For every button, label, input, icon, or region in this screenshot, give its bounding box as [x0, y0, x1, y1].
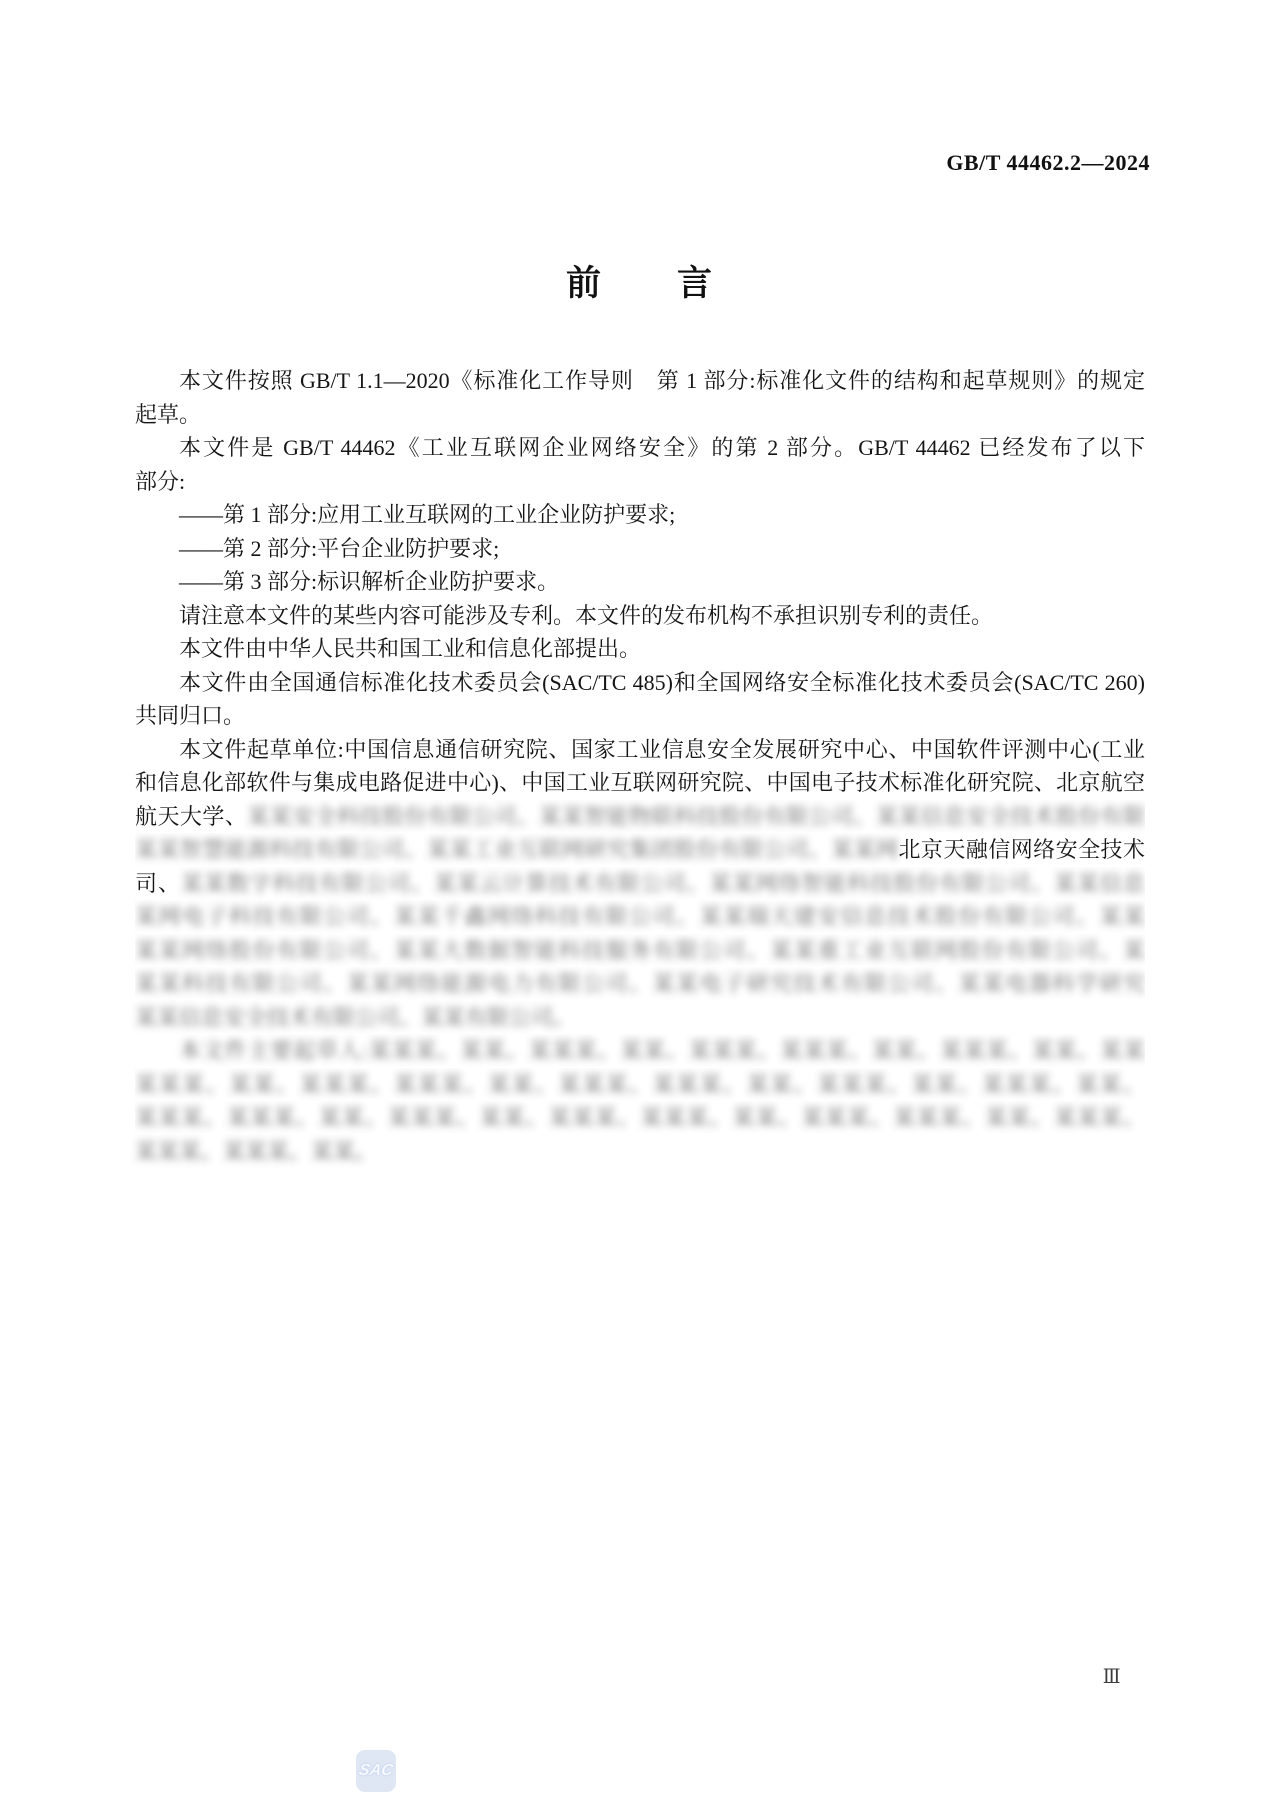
text-line: 某某信息安全技术有限公司、某某有限公司。 — [135, 1001, 1145, 1035]
text-line: 本文件由全国通信标准化技术委员会(SAC/TC 485)和全国网络安全标准化技术… — [135, 666, 1145, 700]
body-text: 本文件起草单位:中国信息通信研究院、国家工业信息安全发展研究中心、中国软件评测中… — [179, 737, 1145, 762]
body-text: 起草。 — [135, 402, 201, 427]
body-text: 部分: — [135, 469, 185, 494]
body-text: 和信息化部软件与集成电路促进中心)、中国工业互联网研究院、中国电子技术标准化研究… — [135, 770, 1145, 795]
redacted-text: 某某某、某某某、某某、某某某、某某、某某某、某某某、某某、某某某、某某某、某某、… — [135, 1105, 1145, 1130]
text-line: 本文件按照 GB/T 1.1—2020《标准化工作导则 第 1 部分:标准化文件… — [135, 364, 1145, 398]
body-text: 司、 — [135, 871, 181, 896]
redacted-text: 某某智慧能源科技有限公司、某某工业互联网研究集团股份有限公司、某某网 — [135, 837, 898, 862]
text-line: ——第 2 部分:平台企业防护要求; — [135, 532, 1145, 566]
body-text: 航天大学、 — [135, 804, 247, 829]
redacted-text: 某某数字科技有限公司、某某云计算技术有限公司、某某网络智能科技股份有限公司、某某… — [181, 871, 1145, 896]
body-text: ——第 2 部分:平台企业防护要求; — [179, 536, 499, 561]
redacted-text: 本文件主要起草人:某某某、某某、某某某、某某、某某某、某某某、某某、某某某、某某… — [179, 1038, 1145, 1063]
text-line: ——第 3 部分:标识解析企业防护要求。 — [135, 565, 1145, 599]
text-line: 部分: — [135, 465, 1145, 499]
body-text: 请注意本文件的某些内容可能涉及专利。本文件的发布机构不承担识别专利的责任。 — [179, 603, 993, 628]
body-text: 本文件由中华人民共和国工业和信息化部提出。 — [179, 636, 641, 661]
text-line: 某某网络股份有限公司、某某大数据智能科技服务有限公司、某某重工业互联网股份有限公… — [135, 934, 1145, 968]
text-line: 某网电子科技有限公司、某某千鑫网络科技有限公司、某某瑞天建安信息技术股份有限公司… — [135, 900, 1145, 934]
page-title: 前 言 — [135, 256, 1145, 306]
text-line: ——第 1 部分:应用工业互联网的工业企业防护要求; — [135, 498, 1145, 532]
document-page: GB/T 44462.2—2024 前 言 本文件按照 GB/T 1.1—202… — [0, 0, 1280, 1814]
redacted-text: 某某安全科技股份有限公司、某某智能物联科技股份有限公司、某某信息安全技术股份有限… — [135, 804, 1145, 834]
text-line: 请注意本文件的某些内容可能涉及专利。本文件的发布机构不承担识别专利的责任。 — [135, 599, 1145, 633]
redacted-text: 某某网络股份有限公司、某某大数据智能科技服务有限公司、某某重工业互联网股份有限公… — [135, 938, 1145, 963]
redacted-text: 某某某、某某、某某某、某某某、某某、某某某、某某某、某某、某某某、某某、某某某、… — [135, 1072, 1145, 1097]
text-line: 本文件是 GB/T 44462《工业互联网企业网络安全》的第 2 部分。GB/T… — [135, 431, 1145, 465]
sac-logo-icon: SAC — [358, 1762, 395, 1780]
text-line: 和信息化部软件与集成电路促进中心)、中国工业互联网研究院、中国电子技术标准化研究… — [135, 766, 1145, 800]
redacted-text: 某某信息安全技术有限公司、某某有限公司。 — [135, 1005, 575, 1030]
text-line: 本文件由中华人民共和国工业和信息化部提出。 — [135, 632, 1145, 666]
body-text: 本文件按照 GB/T 1.1—2020《标准化工作导则 第 1 部分:标准化文件… — [179, 368, 1145, 393]
text-line: 起草。 — [135, 398, 1145, 432]
text-line: 某某某、某某、某某某、某某某、某某、某某某、某某某、某某、某某某、某某、某某某、… — [135, 1068, 1145, 1102]
text-line: 共同归口。 — [135, 699, 1145, 733]
body-text: ——第 1 部分:应用工业互联网的工业企业防护要求; — [179, 502, 675, 527]
sac-watermark: SAC — [356, 1750, 396, 1792]
text-line: 航天大学、某某安全科技股份有限公司、某某智能物联科技股份有限公司、某某信息安全技… — [135, 800, 1145, 834]
page-number: Ⅲ — [1103, 1664, 1120, 1689]
foreword-body: 本文件按照 GB/T 1.1—2020《标准化工作导则 第 1 部分:标准化文件… — [135, 364, 1145, 1168]
redacted-text: 某某科技有限公司、某某网络能源电力有限公司、某某电子研究技术有限公司、某某电器科… — [135, 971, 1145, 996]
body-text: 本文件是 GB/T 44462《工业互联网企业网络安全》的第 2 部分。GB/T… — [179, 435, 1145, 460]
text-line: 某某科技有限公司、某某网络能源电力有限公司、某某电子研究技术有限公司、某某电器科… — [135, 967, 1145, 1001]
redacted-text: 某网电子科技有限公司、某某千鑫网络科技有限公司、某某瑞天建安信息技术股份有限公司… — [135, 904, 1145, 929]
redacted-text: 某某某、某某某、某某。 — [135, 1139, 377, 1164]
body-text: 共同归口。 — [135, 703, 245, 728]
text-line: 某某智慧能源科技有限公司、某某工业互联网研究集团股份有限公司、某某网北京天融信网… — [135, 833, 1145, 867]
text-line: 某某某、某某某、某某、某某某、某某、某某某、某某某、某某、某某某、某某某、某某、… — [135, 1101, 1145, 1135]
standard-number: GB/T 44462.2—2024 — [946, 150, 1150, 176]
text-line: 本文件起草单位:中国信息通信研究院、国家工业信息安全发展研究中心、中国软件评测中… — [135, 733, 1145, 767]
text-line: 某某某、某某某、某某。 — [135, 1135, 1145, 1169]
body-text: 本文件由全国通信标准化技术委员会(SAC/TC 485)和全国网络安全标准化技术… — [179, 670, 1145, 695]
body-text: ——第 3 部分:标识解析企业防护要求。 — [179, 569, 559, 594]
text-line: 司、某某数字科技有限公司、某某云计算技术有限公司、某某网络智能科技股份有限公司、… — [135, 867, 1145, 901]
text-line: 本文件主要起草人:某某某、某某、某某某、某某、某某某、某某某、某某、某某某、某某… — [135, 1034, 1145, 1068]
